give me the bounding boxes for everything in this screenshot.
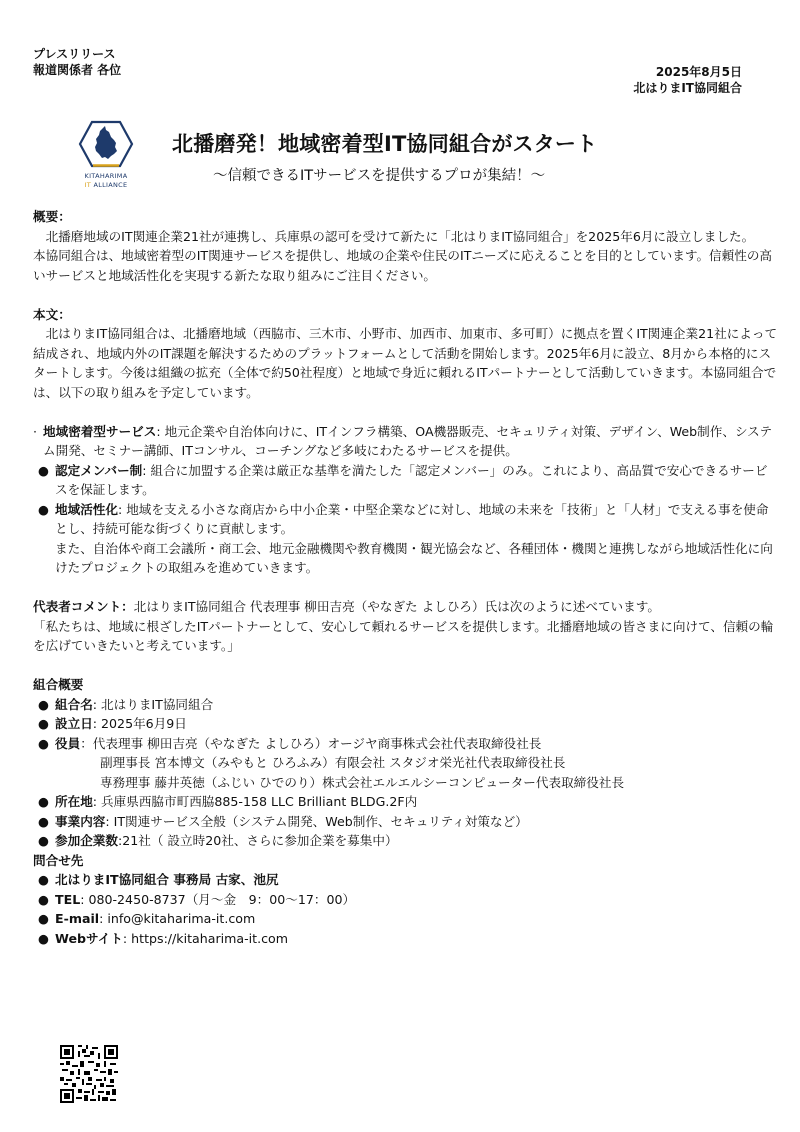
list-item: ●役員：代表理事 柳田吉亮（やなぎた よしひろ）オージヤ商事株式会社代表取締役社… [33, 734, 778, 793]
comment-intro: 代表者コメント：北はりまIT協同組合 代表理事 柳田吉亮（やなぎた よしひろ）氏… [33, 597, 778, 617]
initiatives-list: · 地域密着型サービス: 地元企業や自治体向けに、ITインフラ構築、OA機器販売… [33, 422, 778, 578]
overview-heading: 概要： [33, 207, 778, 227]
press-release-label: プレスリリース [33, 46, 121, 62]
overview-paragraph-1: 北播磨地域のIT関連企業21社が連携し、兵庫県の認可を受けて新たに「北はりまIT… [33, 227, 778, 247]
bullet-icon: ● [38, 734, 49, 754]
initiative-label: 地域活性化 [55, 502, 118, 517]
initiative-label: 地域密着型サービス [43, 424, 156, 439]
list-item: ●組合名: 北はりまIT協同組合 [33, 695, 778, 715]
logo-text-kitaharima: KITAHARIMA [78, 172, 134, 181]
bullet-icon: · [33, 422, 37, 442]
initiative-text-continued: また、自治体や商工会議所・商工会、地元金融機関や教育機関・観光協会など、各種団体… [55, 539, 778, 578]
bullet-icon: ● [38, 870, 49, 890]
list-item: ●設立日: 2025年6月9日 [33, 714, 778, 734]
list-item: ●E-mail: info@kitaharima-it.com [33, 909, 778, 929]
contact-list: ●北はりまIT協同組合 事務局 古家、池尻 ●TEL: 080-2450-873… [33, 870, 778, 948]
overview-paragraph-2: 本協同組合は、地域密着型のIT関連サービスを提供し、地域の企業や住民のITニーズ… [33, 246, 778, 285]
page-subtitle: ～信頼できるITサービスを提供するプロが集結！～ [213, 164, 545, 185]
bullet-icon: ● [38, 714, 49, 734]
comment-quote: 「私たちは、地域に根ざしたITパートナーとして、安心して頼れるサービスを提供しま… [33, 617, 778, 656]
bullet-icon: ● [38, 831, 49, 851]
release-date: 2025年8月5日 [633, 64, 742, 80]
contact-phone[interactable]: : 080-2450-8737（月～金 9：00～17：00） [80, 892, 355, 907]
comment-heading: 代表者コメント： [33, 599, 134, 614]
press-release-body: 概要： 北播磨地域のIT関連企業21社が連携し、兵庫県の認可を受けて新たに「北は… [33, 207, 778, 948]
qr-code-icon [60, 1045, 118, 1103]
initiative-label: 認定メンバー制 [55, 463, 142, 478]
bullet-icon: ● [38, 890, 49, 910]
list-item: ● 地域活性化: 地域を支える小さな商店から中小企業・中堅企業などに対し、地域の… [33, 500, 778, 578]
list-item: ●北はりまIT協同組合 事務局 古家、池尻 [33, 870, 778, 890]
bullet-icon: ● [38, 929, 49, 949]
logo-text-alliance: IT ALLIANCE [78, 181, 134, 190]
bullet-icon: ● [38, 792, 49, 812]
list-item: · 地域密着型サービス: 地元企業や自治体向けに、ITインフラ構築、OA機器販売… [33, 422, 778, 461]
initiative-text: : 地域を支える小さな商店から中小企業・中堅企業などに対し、地域の未来を「技術」… [55, 502, 769, 537]
org-summary-list: ●組合名: 北はりまIT協同組合 ●設立日: 2025年6月9日 ●役員：代表理… [33, 695, 778, 851]
officer-line: 副理事長 宮本博文（みやもと ひろふみ）有限会社 スタジオ栄光社代表取締役社長 [55, 753, 778, 773]
bullet-icon: ● [38, 500, 49, 520]
page-title: 北播磨発！地域密着型IT協同組合がスタート [172, 128, 597, 158]
officer-line: 専務理事 藤井英徳（ふじい ひでのり）株式会社エルエルシーコンピューター代表取締… [55, 773, 778, 793]
bullet-icon: ● [38, 812, 49, 832]
contact-email-link[interactable]: : info@kitaharima-it.com [99, 911, 255, 926]
list-item: ●Webサイト: https://kitaharima-it.com [33, 929, 778, 949]
list-item: ●参加企業数:21社（ 設立時20社、さらに参加企業を募集中） [33, 831, 778, 851]
bullet-icon: ● [38, 909, 49, 929]
header-right: 2025年8月5日 北はりまIT協同組合 [633, 64, 742, 96]
list-item: ●所在地: 兵庫県西脇市町西脇885-158 LLC Brilliant BLD… [33, 792, 778, 812]
contact-office: 北はりまIT協同組合 事務局 古家、池尻 [55, 872, 279, 887]
header-left: プレスリリース 報道関係者 各位 [33, 46, 121, 78]
initiative-text: : 組合に加盟する企業は厳正な基準を満たした「認定メンバー」のみ。これにより、高… [55, 463, 768, 498]
hexagon-map-icon [78, 120, 134, 168]
body-paragraph: 北はりまIT協同組合は、北播磨地域（西脇市、三木市、小野市、加西市、加東市、多可… [33, 324, 778, 402]
bullet-icon: ● [38, 461, 49, 481]
list-item: ●事業内容: IT関連サービス全般（システム開発、Web制作、セキュリティ対策な… [33, 812, 778, 832]
list-item: ●TEL: 080-2450-8737（月～金 9：00～17：00） [33, 890, 778, 910]
bullet-icon: ● [38, 695, 49, 715]
addressee-label: 報道関係者 各位 [33, 62, 121, 78]
contact-website-link[interactable]: : https://kitaharima-it.com [123, 931, 288, 946]
contact-heading: 問合せ先 [33, 851, 778, 871]
kitaharima-logo: KITAHARIMA IT ALLIANCE [78, 120, 134, 190]
list-item: ● 認定メンバー制: 組合に加盟する企業は厳正な基準を満たした「認定メンバー」の… [33, 461, 778, 500]
qr-code[interactable] [60, 1045, 118, 1103]
issuer-name: 北はりまIT協同組合 [633, 80, 742, 96]
org-summary-heading: 組合概要 [33, 675, 778, 695]
body-heading: 本文： [33, 305, 778, 325]
